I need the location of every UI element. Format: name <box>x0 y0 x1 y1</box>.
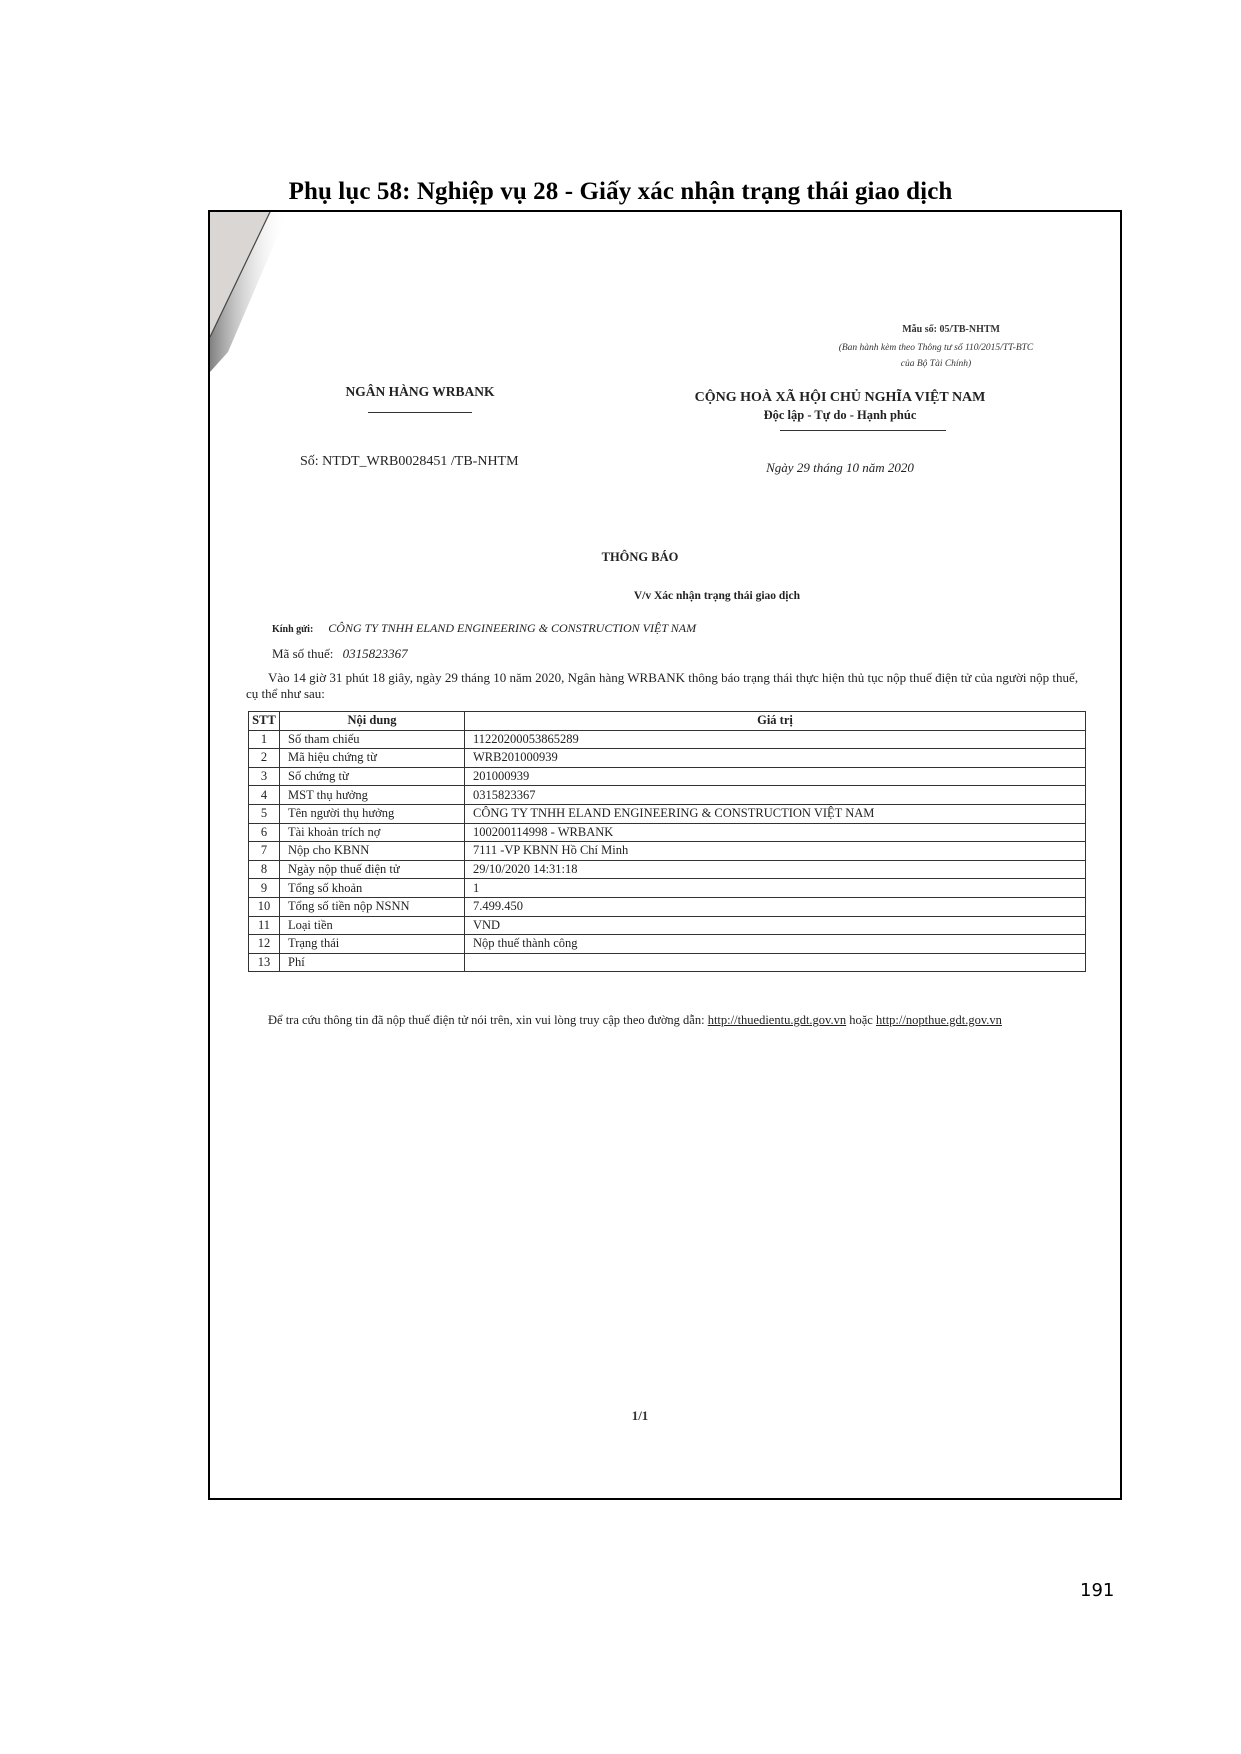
row-content: Tài khoản trích nợ <box>280 823 465 842</box>
link-thuedientu[interactable]: http://thuedientu.gdt.gov.vn <box>708 1013 846 1027</box>
national-motto: Độc lập - Tự do - Hạnh phúc <box>670 408 1010 423</box>
table-row: 6Tài khoản trích nợ100200114998 - WRBANK <box>249 823 1086 842</box>
bank-notice: Mẫu số: 05/TB-NHTM (Ban hành kèm theo Th… <box>210 212 1120 1498</box>
row-stt: 5 <box>249 804 280 823</box>
row-value: VND <box>465 916 1086 935</box>
table-row: 3Số chứng từ201000939 <box>249 767 1086 786</box>
link-nopthue[interactable]: http://nopthue.gdt.gov.vn <box>876 1013 1002 1027</box>
row-stt: 11 <box>249 916 280 935</box>
row-value: 1 <box>465 879 1086 898</box>
row-stt: 6 <box>249 823 280 842</box>
row-content: MST thụ hưởng <box>280 786 465 805</box>
column-header-stt: STT <box>249 712 280 731</box>
notice-subject: V/v Xác nhận trạng thái giao dịch <box>510 590 800 602</box>
row-value: 7.499.450 <box>465 897 1086 916</box>
row-value: 100200114998 - WRBANK <box>465 823 1086 842</box>
row-content: Phí <box>280 953 465 972</box>
form-note: (Ban hành kèm theo Thông tư số 110/2015/… <box>806 340 1066 372</box>
scan-page-indicator: 1/1 <box>590 1408 690 1424</box>
row-value: Nộp thuế thành công <box>465 935 1086 954</box>
row-value: CÔNG TY TNHH ELAND ENGINEERING & CONSTRU… <box>465 804 1086 823</box>
row-content: Ngày nộp thuế điện tử <box>280 860 465 879</box>
table-row: 12Trạng tháiNộp thuế thành công <box>249 935 1086 954</box>
row-stt: 2 <box>249 749 280 768</box>
table-header-row: STT Nội dung Giá trị <box>249 712 1086 731</box>
row-content: Trạng thái <box>280 935 465 954</box>
row-content: Số chứng từ <box>280 767 465 786</box>
document-date: Ngày 29 tháng 10 năm 2020 <box>670 460 1010 476</box>
row-value <box>465 953 1086 972</box>
table-row: 5Tên người thụ hưởngCÔNG TY TNHH ELAND E… <box>249 804 1086 823</box>
row-content: Loại tiền <box>280 916 465 935</box>
national-title: CỘNG HOÀ XÃ HỘI CHỦ NGHĨA VIỆT NAM <box>670 390 1010 406</box>
page-number: 191 <box>1080 1580 1114 1601</box>
row-content: Số tham chiếu <box>280 730 465 749</box>
row-stt: 10 <box>249 897 280 916</box>
row-stt: 1 <box>249 730 280 749</box>
row-stt: 12 <box>249 935 280 954</box>
table-row: 8Ngày nộp thuế điện tử29/10/2020 14:31:1… <box>249 860 1086 879</box>
row-stt: 13 <box>249 953 280 972</box>
row-stt: 9 <box>249 879 280 898</box>
column-header-value: Giá trị <box>465 712 1086 731</box>
table-row: 4MST thụ hưởng0315823367 <box>249 786 1086 805</box>
recipient: Kính gửi: CÔNG TY TNHH ELAND ENGINEERING… <box>272 621 696 636</box>
table-row: 10Tổng số tiền nộp NSNN7.499.450 <box>249 897 1086 916</box>
intro-paragraph: Vào 14 giờ 31 phút 18 giây, ngày 29 thán… <box>246 670 1086 702</box>
column-header-content: Nội dung <box>280 712 465 731</box>
row-stt: 4 <box>249 786 280 805</box>
row-content: Tổng số khoản <box>280 879 465 898</box>
table-row: 7Nộp cho KBNN7111 -VP KBNN Hồ Chí Minh <box>249 842 1086 861</box>
bank-name: NGÂN HÀNG WRBANK <box>310 384 530 400</box>
divider <box>780 430 946 431</box>
row-value: WRB201000939 <box>465 749 1086 768</box>
tax-id: Mã số thuế: 0315823367 <box>272 646 408 662</box>
table-row: 1Số tham chiếu11220200053865289 <box>249 730 1086 749</box>
form-code: Mẫu số: 05/TB-NHTM <box>902 324 1000 335</box>
row-value: 0315823367 <box>465 786 1086 805</box>
row-stt: 8 <box>249 860 280 879</box>
tax-id-value: 0315823367 <box>343 646 408 661</box>
row-content: Mã hiệu chứng từ <box>280 749 465 768</box>
recipient-value: CÔNG TY TNHH ELAND ENGINEERING & CONSTRU… <box>328 621 696 635</box>
footnote-or: hoặc <box>846 1013 876 1027</box>
tax-id-label: Mã số thuế: <box>272 646 333 661</box>
table-row: 11Loại tiềnVND <box>249 916 1086 935</box>
table-row: 2Mã hiệu chứng từWRB201000939 <box>249 749 1086 768</box>
lookup-footnote: Để tra cứu thông tin đã nộp thuế điện tử… <box>246 1012 1086 1029</box>
document-number: Số: NTDT_WRB0028451 /TB-NHTM <box>300 454 519 470</box>
row-value: 29/10/2020 14:31:18 <box>465 860 1086 879</box>
scanned-document-frame: Mẫu số: 05/TB-NHTM (Ban hành kèm theo Th… <box>208 210 1122 1500</box>
recipient-label: Kính gửi: <box>272 624 313 635</box>
row-content: Tên người thụ hưởng <box>280 804 465 823</box>
row-content: Nộp cho KBNN <box>280 842 465 861</box>
footnote-text: Để tra cứu thông tin đã nộp thuế điện tử… <box>268 1013 708 1027</box>
row-stt: 3 <box>249 767 280 786</box>
row-value: 7111 -VP KBNN Hồ Chí Minh <box>465 842 1086 861</box>
row-stt: 7 <box>249 842 280 861</box>
divider <box>368 412 472 413</box>
form-note-line: của Bộ Tài Chính) <box>806 356 1066 372</box>
row-content: Tổng số tiền nộp NSNN <box>280 897 465 916</box>
table-row: 13Phí <box>249 953 1086 972</box>
appendix-title: Phụ lục 58: Nghiệp vụ 28 - Giấy xác nhận… <box>0 178 1241 206</box>
table-row: 9Tổng số khoản1 <box>249 879 1086 898</box>
row-value: 201000939 <box>465 767 1086 786</box>
notice-title: THÔNG BÁO <box>510 550 770 565</box>
transaction-status-table: STT Nội dung Giá trị 1Số tham chiếu11220… <box>248 711 1086 972</box>
form-note-line: (Ban hành kèm theo Thông tư số 110/2015/… <box>806 340 1066 356</box>
row-value: 11220200053865289 <box>465 730 1086 749</box>
